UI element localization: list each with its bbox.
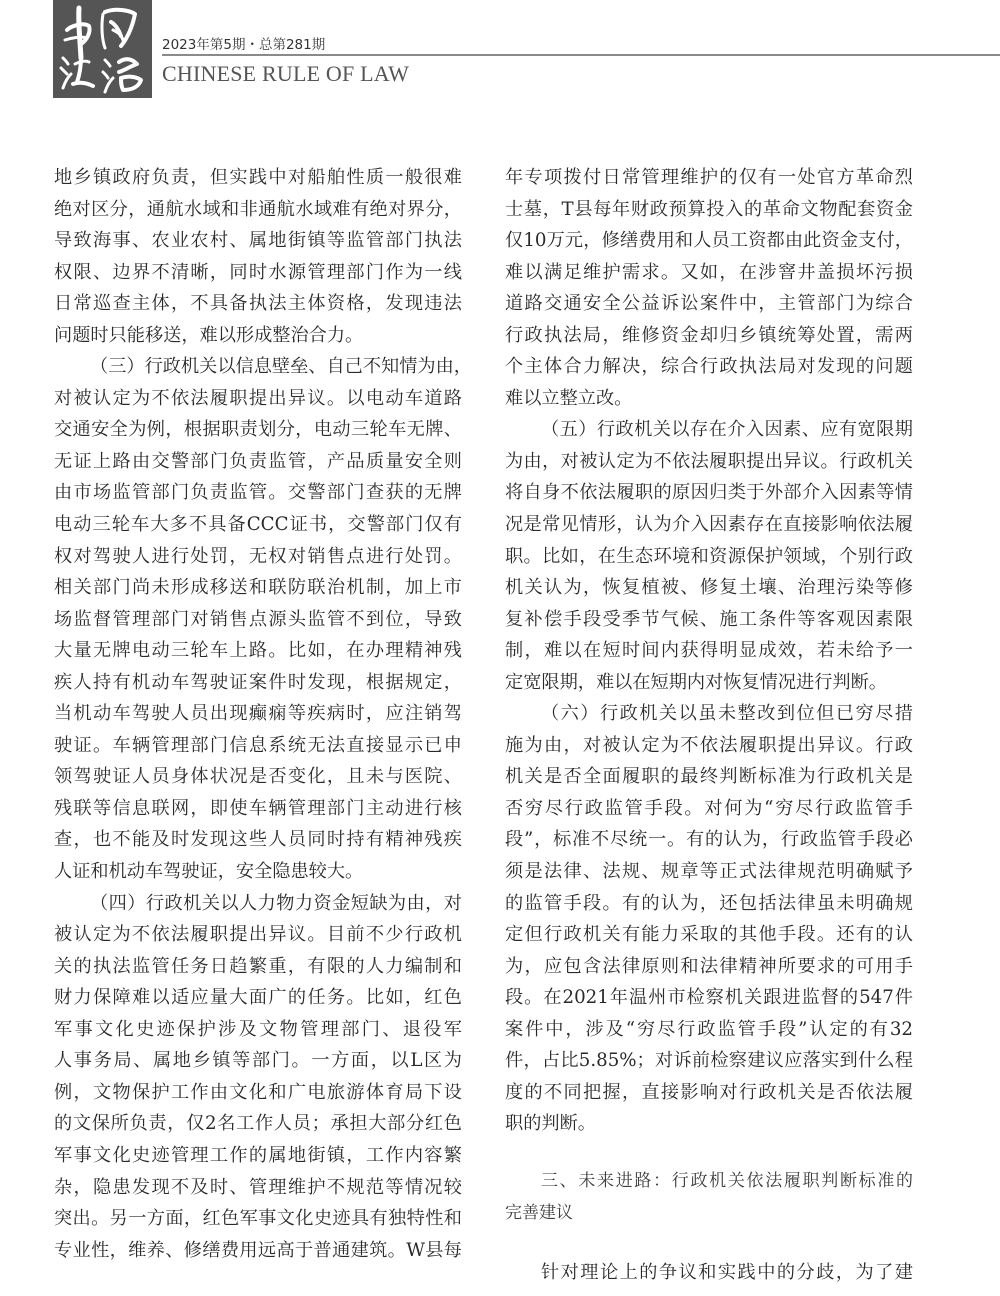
text-line: 无证上路由交警部门负责监管，产品质量安全则 xyxy=(54,446,462,478)
section-heading-continued: 完善建议 xyxy=(505,1198,913,1230)
text-line: 相关部门尚未形成移送和联防联治机制，加上市 xyxy=(54,572,462,604)
text-line: 场监督管理部门对销售点源头监管不到位，导致 xyxy=(54,604,462,636)
text-line: 为，应包含法律原则和法律精神所要求的可用手 xyxy=(505,951,913,983)
journal-title-english: CHINESE RULE OF LAW xyxy=(162,61,409,87)
text-line: 否穷尽行政监管手段。对何为“穷尽行政监管手 xyxy=(505,793,913,825)
text-line: 案件中，涉及“穷尽行政监管手段”认定的有32 xyxy=(505,1014,913,1046)
text-line: 地乡镇政府负责，但实践中对船舶性质一般很难 xyxy=(54,162,462,194)
paragraph-start-line: （五）行政机关以存在介入因素、应有宽限期 xyxy=(505,414,913,446)
text-line: 道路交通安全公益诉讼案件中，主管部门为综合 xyxy=(505,288,913,320)
text-line: 人事务局、属地乡镇等部门。一方面，以L区为 xyxy=(54,1045,462,1077)
text-line: 权对驾驶人进行处罚，无权对销售点进行处罚。 xyxy=(54,541,462,573)
text-line: 段。在2021年温州市检察机关跟进监督的547件 xyxy=(505,982,913,1014)
section-spacer xyxy=(505,1140,913,1166)
text-line: 由市场监管部门负责监管。交警部门查获的无牌 xyxy=(54,477,462,509)
right-column: 年专项拨付日常管理维护的仅有一处官方革命烈 士墓，T县每年财政预算投入的革命文物… xyxy=(505,162,913,1289)
text-line: 的文保所负责，仅2名工作人员；承担大部分红色 xyxy=(54,1108,462,1140)
text-line: 难以满足维护需求。又如，在涉窨井盖损坏污损 xyxy=(505,257,913,289)
paragraph-start-line: 针对理论上的争议和实践中的分歧，为了建 xyxy=(505,1257,913,1289)
text-line: 复补偿手段受季节气候、施工条件等客观因素限 xyxy=(505,604,913,636)
text-line: 杂，隐患发现不及时、管理维护不规范等情况较 xyxy=(54,1172,462,1204)
text-line: 疾人持有机动车驾驶证案件时发现，根据规定， xyxy=(54,667,462,699)
text-line: 关的执法监管任务日趋繁重，有限的人力编制和 xyxy=(54,951,462,983)
text-line: 残联等信息联网，即使车辆管理部门主动进行核 xyxy=(54,793,462,825)
text-line: 机关认为，恢复植被、修复土壤、治理污染等修 xyxy=(505,572,913,604)
text-line: 被认定为不依法履职提出异议。目前不少行政机 xyxy=(54,919,462,951)
paragraph-start-line: （六）行政机关以虽未整改到位但已穷尽措 xyxy=(505,698,913,730)
text-line: 施为由，对被认定为不依法履职提出异议。行政 xyxy=(505,730,913,762)
text-line: 制，难以在短时间内获得明显成效，若未给予一 xyxy=(505,635,913,667)
text-line: 对被认定为不依法履职提出异议。以电动车道路 xyxy=(54,383,462,415)
text-line: 突出。另一方面，红色军事文化史迹具有独特性和 xyxy=(54,1203,462,1235)
text-line: 例，文物保护工作由文化和广电旅游体育局下设 xyxy=(54,1077,462,1109)
text-line: 度的不同把握，直接影响对行政机关是否依法履 xyxy=(505,1077,913,1109)
text-line: 难以立整立改。 xyxy=(505,383,913,415)
text-line: 段”，标准不尽统一。有的认为，行政监管手段必 xyxy=(505,824,913,856)
text-line: 人证和机动车驾驶证，安全隐患较大。 xyxy=(54,856,462,888)
calligraphy-logo-icon xyxy=(53,0,152,98)
paragraph-start-line: （三）行政机关以信息壁垒、自己不知情为由， xyxy=(54,351,462,383)
text-line: 的监管手段。有的认为，还包括法律虽未明确规 xyxy=(505,888,913,920)
text-line: 年专项拨付日常管理维护的仅有一处官方革命烈 xyxy=(505,162,913,194)
journal-logo xyxy=(53,0,152,98)
text-line: 财力保障难以适应量大面广的任务。比如，红色 xyxy=(54,982,462,1014)
paragraph-start-line: （四）行政机关以人力物力资金短缺为由，对 xyxy=(54,888,462,920)
text-line: 仅10万元，修缮费用和人员工资都由此资金支付， xyxy=(505,225,913,257)
text-line: 日常巡查主体，不具备执法主体资格，发现违法 xyxy=(54,288,462,320)
text-line: 职的判断。 xyxy=(505,1108,913,1140)
text-line: 将自身不依法履职的原因归类于外部介入因素等情 xyxy=(505,477,913,509)
text-line: 电动三轮车大多不具备CCC证书，交警部门仅有 xyxy=(54,509,462,541)
text-line: 定宽限期，难以在短期内对恢复情况进行判断。 xyxy=(505,667,913,699)
text-line: 军事文化史迹保护涉及文物管理部门、退役军 xyxy=(54,1014,462,1046)
text-line: 驶证。车辆管理部门信息系统无法直接显示已申 xyxy=(54,730,462,762)
text-line: 须是法律、法规、规章等正式法律规范明确赋予 xyxy=(505,856,913,888)
text-line: 大量无牌电动三轮车上路。比如，在办理精神残 xyxy=(54,635,462,667)
text-line: 专业性，维养、修缮费用远高于普通建筑。W县每 xyxy=(54,1235,462,1267)
text-line: 交通安全为例，根据职责划分，电动三轮车无牌、 xyxy=(54,414,462,446)
text-line: 定但行政机关有能力采取的其他手段。还有的认 xyxy=(505,919,913,951)
left-column: 地乡镇政府负责，但实践中对船舶性质一般很难 绝对区分，通航水域和非通航水域难有绝… xyxy=(54,162,462,1266)
text-line: 个主体合力解决，综合行政执法局对发现的问题 xyxy=(505,351,913,383)
text-line: 领驾驶证人员身体状况是否变化，且未与医院、 xyxy=(54,761,462,793)
text-line: 问题时只能移送，难以形成整治合力。 xyxy=(54,320,462,352)
text-line: 绝对区分，通航水域和非通航水域难有绝对界分， xyxy=(54,194,462,226)
header-divider xyxy=(162,54,1000,56)
issue-number: 2023年第5期・总第281期 xyxy=(162,33,325,53)
text-line: 行政执法局，维修资金却归乡镇统筹处置，需两 xyxy=(505,320,913,352)
section-spacer xyxy=(505,1229,913,1257)
text-line: 军事文化史迹管理工作的属地街镇，工作内容繁 xyxy=(54,1140,462,1172)
text-line: 机关是否全面履职的最终判断标准为行政机关是 xyxy=(505,761,913,793)
text-line: 导致海事、农业农村、属地街镇等监管部门执法 xyxy=(54,225,462,257)
text-line: 件，占比5.85%；对诉前检察建议应落实到什么程 xyxy=(505,1045,913,1077)
text-line: 况是常见情形，认为介入因素存在直接影响依法履 xyxy=(505,509,913,541)
text-line: 士墓，T县每年财政预算投入的革命文物配套资金 xyxy=(505,194,913,226)
text-line: 职。比如，在生态环境和资源保护领域，个别行政 xyxy=(505,541,913,573)
text-line: 当机动车驾驶人员出现癫痫等疾病时，应注销驾 xyxy=(54,698,462,730)
section-heading: 三、未来进路：行政机关依法履职判断标准的 xyxy=(505,1166,913,1198)
text-line: 为由，对被认定为不依法履职提出异议。行政机关 xyxy=(505,446,913,478)
text-line: 查，也不能及时发现这些人员同时持有精神残疾 xyxy=(54,824,462,856)
text-line: 权限、边界不清晰，同时水源管理部门作为一线 xyxy=(54,257,462,289)
